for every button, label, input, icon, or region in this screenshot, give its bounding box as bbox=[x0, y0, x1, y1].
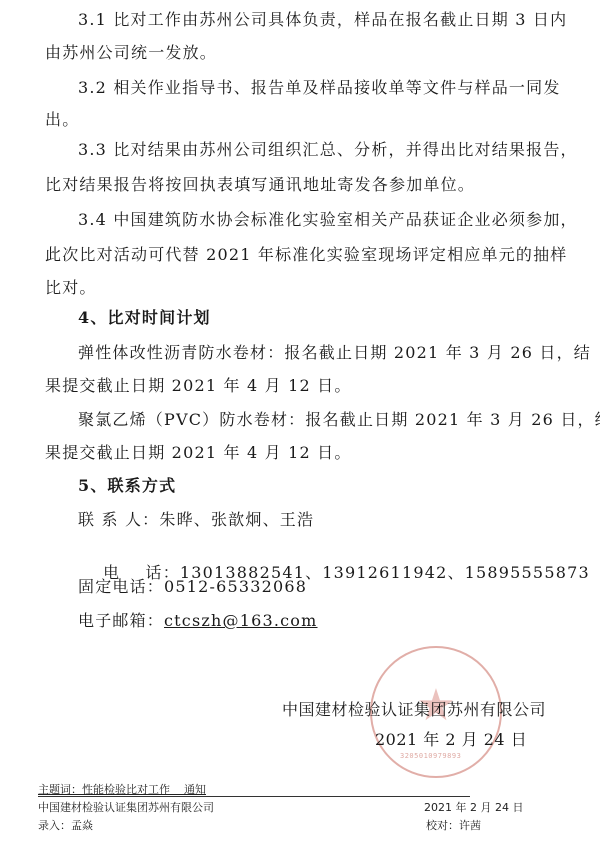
footer-divider bbox=[38, 796, 470, 797]
schedule-item-1: 弹性体改性沥青防水卷材：报名截止日期 2021 年 3 月 26 日，结 bbox=[78, 343, 591, 363]
footer-issuer: 中国建材检验认证集团苏州有限公司 bbox=[38, 801, 214, 815]
contacts-value: 朱晔、张歆炯、王浩 bbox=[159, 510, 314, 529]
paragraph-3-3-cont: 比对结果报告将按回执表填写通讯地址寄发各参加单位。 bbox=[45, 175, 475, 195]
signature-company: 中国建材检验认证集团苏州有限公司 bbox=[282, 700, 546, 720]
paragraph-3-2-cont: 出。 bbox=[45, 110, 79, 130]
contacts-label: 联 系 人： bbox=[78, 510, 159, 529]
paragraph-3-3: 3.3 比对结果由苏州公司组织汇总、分析，并得出比对结果报告， bbox=[78, 140, 578, 160]
signature-date: 2021 年 2 月 24 日 bbox=[375, 730, 527, 750]
contacts-row: 联 系 人：朱晔、张歆炯、王浩 bbox=[78, 510, 314, 530]
schedule-item-2-cont: 果提交截止日期 2021 年 4 月 12 日。 bbox=[45, 443, 352, 463]
footer-proofread-by: 校对：许茜 bbox=[426, 819, 481, 833]
paragraph-3-4: 3.4 中国建筑防水协会标准化实验室相关产品获证企业必须参加， bbox=[78, 210, 578, 230]
landline-value: 0512-65332068 bbox=[164, 577, 307, 596]
footer-issue-date: 2021 年 2 月 24 日 bbox=[424, 801, 523, 815]
footer-entered-by: 录入：孟焱 bbox=[38, 819, 93, 833]
paragraph-3-4-cont: 此次比对活动可代替 2021 年标准化实验室现场评定相应单元的抽样 bbox=[45, 245, 568, 265]
email-label: 电子邮箱： bbox=[78, 611, 164, 630]
paragraph-3-2: 3.2 相关作业指导书、报告单及样品接收单等文件与样品一同发 bbox=[78, 78, 561, 98]
email-link[interactable]: ctcszh@163.com bbox=[164, 611, 318, 630]
footer-subject: 主题词：性能检验比对工作 通知 bbox=[38, 783, 206, 797]
section-4-heading: 4、比对时间计划 bbox=[78, 308, 211, 328]
section-5-heading: 5、联系方式 bbox=[78, 476, 176, 496]
email-row: 电子邮箱：ctcszh@163.com bbox=[78, 611, 318, 631]
seal-number: 3205010979893 bbox=[400, 752, 461, 760]
paragraph-3-1: 3.1 比对工作由苏州公司具体负责，样品在报名截止日期 3 日内 bbox=[78, 10, 567, 30]
paragraph-3-1-cont: 由苏州公司统一发放。 bbox=[45, 43, 217, 63]
landline-row: 固定电话：0512-65332068 bbox=[78, 577, 307, 597]
schedule-item-1-cont: 果提交截止日期 2021 年 4 月 12 日。 bbox=[45, 376, 352, 396]
landline-label: 固定电话： bbox=[78, 577, 164, 596]
paragraph-3-4-cont2: 比对。 bbox=[45, 278, 97, 298]
schedule-item-2: 聚氯乙烯（PVC）防水卷材：报名截止日期 2021 年 3 月 26 日，结 bbox=[78, 410, 600, 430]
